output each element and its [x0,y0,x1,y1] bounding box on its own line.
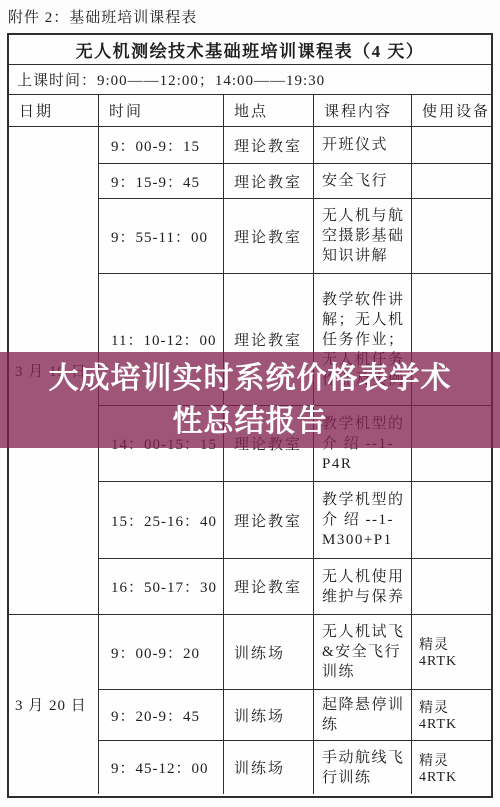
device-cell [412,482,491,558]
content-cell: 安全飞行 [314,164,412,198]
table-header-row: 日期 时间 地点 课程内容 使用设备 [9,95,491,127]
date-group: 3 月 20 日9：00-9：20训练场无人机试飞&安全飞行训练精灵 4RTK9… [9,615,491,794]
table-title: 无人机测绘技术基础班培训课程表（4 天） [9,35,491,65]
content-cell: 手动航线飞行训练 [314,741,412,794]
device-cell [412,559,491,614]
header-cell-content: 课程内容 [314,95,412,126]
schedule-row: 9：15-9：45理论教室安全飞行 [99,164,491,199]
date-cell: 3 月 20 日 [9,615,99,794]
header-cell-place: 地点 [224,95,314,126]
schedule-row: 9：00-9：20训练场无人机试飞&安全飞行训练精灵 4RTK [99,615,491,690]
content-cell: 无人机与航空摄影基础知识讲解 [314,199,412,273]
content-cell: 无人机试飞&安全飞行训练 [314,615,412,689]
class-time-row: 上课时间：9:00——12:00；14:00——19:30 [9,65,491,95]
table-body: 3 月 19 日9：00-9：15理论教室开班仪式9：15-9：45理论教室安全… [9,127,491,796]
time-cell: 9：00-9：15 [99,127,224,163]
place-cell: 训练场 [224,741,314,794]
attachment-label: 附件 2：基础班培训课程表 [8,6,197,27]
schedule-row: 9：45-12：00训练场手动航线飞行训练精灵 4RTK [99,741,491,794]
header-cell-date: 日期 [9,95,99,126]
header-cell-device: 使用设备 [412,95,491,126]
watermark-text-line1: 大成培训实时系统价格表学术 [49,357,452,400]
time-cell: 9：45-12：00 [99,741,224,794]
place-cell: 理论教室 [224,164,314,198]
device-cell [412,199,491,273]
content-cell: 教学机型的介 绍 --1-M300+P1 [314,482,412,558]
schedule-row: 9：55-11：00理论教室无人机与航空摄影基础知识讲解 [99,199,491,274]
place-cell: 理论教室 [224,199,314,273]
time-cell: 9：00-9：20 [99,615,224,689]
device-cell: 精灵 4RTK [412,690,491,740]
place-cell: 训练场 [224,615,314,689]
schedule-row: 9：00-9：15理论教室开班仪式 [99,127,491,164]
time-cell: 9：55-11：00 [99,199,224,273]
time-cell: 9：15-9：45 [99,164,224,198]
group-rows: 9：00-9：20训练场无人机试飞&安全飞行训练精灵 4RTK9：20-9：45… [99,615,491,794]
time-cell: 16：50-17：30 [99,559,224,614]
document-page: 附件 2：基础班培训课程表 无人机测绘技术基础班培训课程表（4 天） 上课时间：… [0,0,500,807]
device-cell: 精灵 4RTK [412,615,491,689]
watermark-banner: 大成培训实时系统价格表学术 性总结报告 [0,352,500,448]
device-cell: 精灵 4RTK [412,741,491,794]
place-cell: 理论教室 [224,559,314,614]
watermark-text-line2: 性总结报告 [173,400,328,443]
time-cell: 9：20-9：45 [99,690,224,740]
header-cell-time: 时间 [99,95,224,126]
place-cell: 训练场 [224,690,314,740]
schedule-row: 9：20-9：45训练场起降悬停训练精灵 4RTK [99,690,491,741]
content-cell: 开班仪式 [314,127,412,163]
place-cell: 理论教室 [224,482,314,558]
content-cell: 无人机使用维护与保养 [314,559,412,614]
device-cell [412,164,491,198]
place-cell: 理论教室 [224,127,314,163]
time-cell: 15：25-16：40 [99,482,224,558]
schedule-row: 15：25-16：40理论教室教学机型的介 绍 --1-M300+P1 [99,482,491,559]
schedule-row: 16：50-17：30理论教室无人机使用维护与保养 [99,559,491,614]
content-cell: 起降悬停训练 [314,690,412,740]
device-cell [412,127,491,163]
